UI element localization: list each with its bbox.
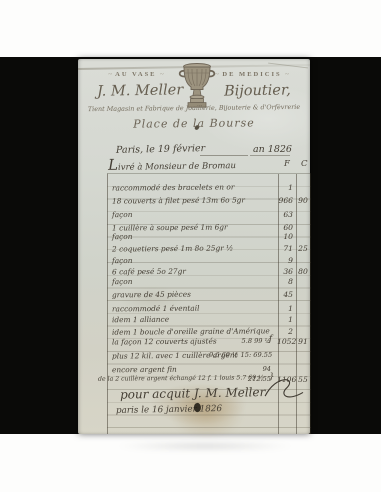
plate-left-label: AU VASE <box>115 71 156 78</box>
item-francs: 10 <box>277 232 293 241</box>
letterhead-plate-left: ~ AU VASE ~ <box>92 71 180 78</box>
item-description: 6 café pesé 5o 27gr <box>112 267 186 277</box>
item-amount-prefix: } <box>269 372 274 382</box>
signature-date: paris le 16 janvier 1826 <box>116 404 222 416</box>
item-centimes: 55 <box>297 375 309 384</box>
invoice-line-item: 18 couverts à filet pesé 13m 6o 5gr96690 <box>109 196 309 208</box>
item-francs: 1106 <box>277 375 293 384</box>
item-description: gravure de 45 pièces <box>112 290 191 300</box>
item-description: façon <box>112 277 133 286</box>
invoice-line-item: façon10 <box>109 232 309 244</box>
item-description: encore argent fin <box>112 365 177 375</box>
year-label: an 1826 <box>253 144 292 155</box>
scroll-ornament-icon: ~ <box>160 71 164 78</box>
item-inline-note: 94 <box>209 365 271 373</box>
item-centimes: 25 <box>297 244 309 253</box>
column-header-francs: F <box>284 159 290 169</box>
item-francs: 1 <box>277 183 293 192</box>
invoice-line-item: plus 12 kil. avec 1 cuillère argent9.6 6… <box>109 351 309 363</box>
item-francs: 1052 <box>277 337 293 346</box>
receipt-signature-text: pour acquit J. M. Meller <box>120 385 266 402</box>
scroll-ornament-icon: ~ <box>108 71 112 78</box>
item-description: façon <box>112 256 133 265</box>
invoice-line-item: gravure de 45 pièces45 <box>109 290 309 302</box>
year-underline <box>250 155 290 156</box>
proprietor-name: J. M. Meller <box>97 82 183 100</box>
invoice-line-item: 2 coquetiers pesé 1m 8o 25gr ½7125 <box>109 244 309 256</box>
item-francs: 63 <box>277 210 293 219</box>
item-inline-note: 9.6 69 ½ 15: 69.55 <box>209 351 271 359</box>
invoice-photograph: ~ AU VASE ~ ~ DE MEDICIS ~ <box>0 57 381 434</box>
invoice-line-item: la façon 12 couverts ajustés5.8 99 ½ƒ105… <box>109 337 309 349</box>
invoice-paper: ~ AU VASE ~ ~ DE MEDICIS ~ <box>78 59 310 434</box>
photo-drop-shadow <box>115 441 295 451</box>
item-francs: 966 <box>277 196 293 205</box>
item-francs: 8 <box>277 277 293 286</box>
item-description: raccommodé des bracelets en or <box>112 182 234 192</box>
item-description: 2 coquetiers pesé 1m 8o 25gr ½ <box>112 243 233 253</box>
item-francs: 9 <box>277 256 293 265</box>
item-amount-prefix: ƒ <box>269 334 272 344</box>
item-description: façon <box>112 210 133 219</box>
plate-right-label: DE MEDICIS <box>222 71 281 78</box>
item-description: idem 1 alliance <box>112 315 169 324</box>
invoice-line-item: façon63 <box>109 210 309 222</box>
item-description: 18 couverts à filet pesé 13m 6o 5gr <box>112 195 245 205</box>
item-description: idem 1 boucle d'oreille graine d'Amériqu… <box>112 326 270 336</box>
item-inline-note: 212.55 <box>209 375 271 383</box>
item-description: la façon 12 couverts ajustés <box>112 337 217 347</box>
letterhead-address: Place de la Bourse <box>78 116 310 131</box>
item-centimes: 80 <box>297 267 309 276</box>
column-header-centimes: C <box>301 159 308 169</box>
item-francs: 2 <box>277 327 293 336</box>
item-francs: 60 <box>277 223 293 232</box>
item-centimes: 90 <box>297 196 309 205</box>
invoice-line-item: idem 1 alliance1 <box>109 315 309 327</box>
trade-title: Bijoutier, <box>224 82 291 99</box>
item-description: raccommodé 1 éventail <box>112 304 200 314</box>
item-francs: 36 <box>277 267 293 276</box>
item-inline-note: 5.8 99 ½ <box>209 337 271 345</box>
invoice-line-item: de la 2 cuillère argent échangé 12 f. 1 … <box>109 375 309 387</box>
item-francs: 1 <box>277 315 293 324</box>
item-francs: 71 <box>277 244 293 253</box>
delivered-to-line: Livré à Monsieur de Bromau <box>108 154 236 174</box>
letterhead-subtitle: Tient Magasin et Fabrique de Joaillerie,… <box>78 103 310 113</box>
letterhead-plate-right: ~ DE MEDICIS ~ <box>208 71 296 78</box>
item-francs: 1 <box>277 304 293 313</box>
item-description: façon <box>112 232 133 241</box>
invoice-line-item: raccommodé des bracelets en or1 <box>109 183 309 195</box>
item-centimes: 91 <box>297 337 309 346</box>
invoice-line-item: façon8 <box>109 277 309 289</box>
scroll-ornament-icon: ~ <box>285 71 289 78</box>
page-background: ~ AU VASE ~ ~ DE MEDICIS ~ <box>0 0 381 492</box>
item-francs: 45 <box>277 290 293 299</box>
